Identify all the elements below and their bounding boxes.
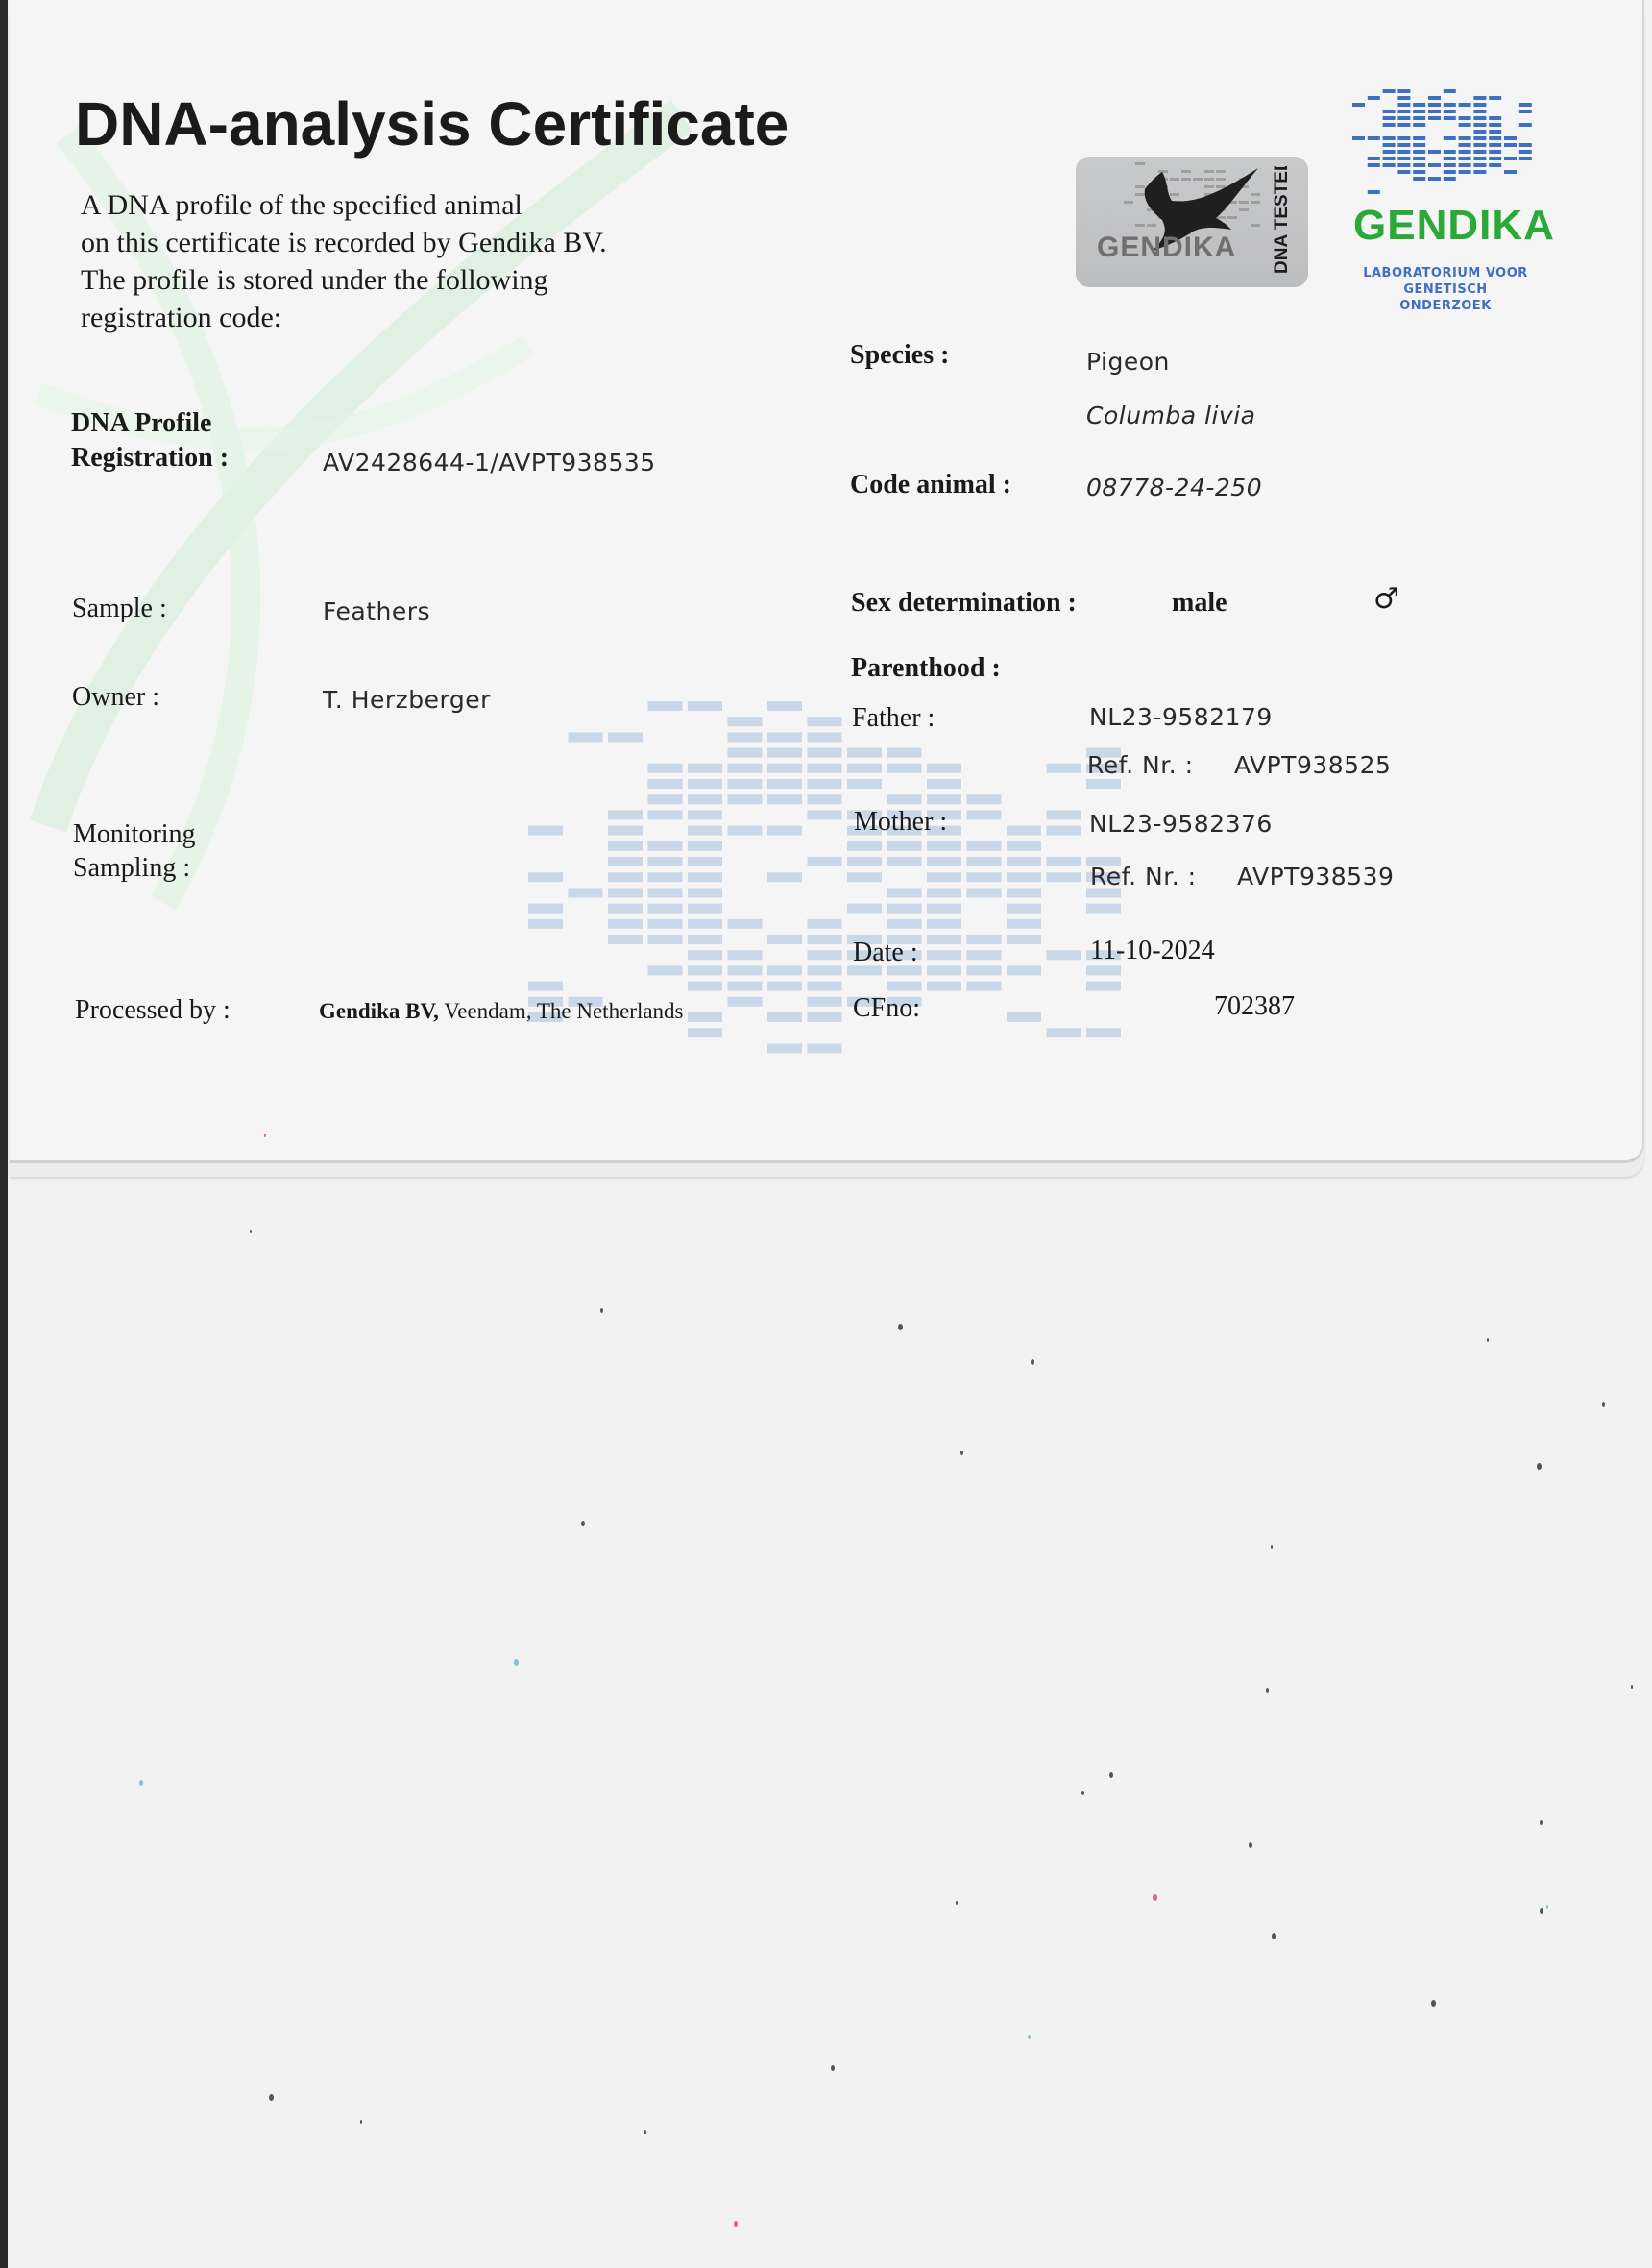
sex-value: male xyxy=(1172,588,1227,619)
scan-edge xyxy=(0,0,8,2268)
mother-ref-label: Ref. Nr. : xyxy=(1090,863,1197,890)
intro-line: A DNA profile of the specified animal xyxy=(81,186,753,224)
logo-tagline: LABORATORIUM VOOR GENETISCH ONDERZOEK xyxy=(1356,265,1535,314)
speck xyxy=(898,1324,903,1330)
cfno-value: 702387 xyxy=(1214,991,1295,1022)
speck xyxy=(1546,1905,1548,1909)
speck xyxy=(960,1451,963,1455)
tagline-line: LABORATORIUM VOOR xyxy=(1356,265,1535,281)
sample-value: Feathers xyxy=(323,597,430,625)
speck xyxy=(1266,1688,1269,1693)
mother-value: NL23-9582376 xyxy=(1089,810,1273,838)
father-ref-label: Ref. Nr. : xyxy=(1087,751,1194,779)
dna-tested-badge: GENDIKA DNA TESTED xyxy=(1076,157,1308,287)
speck xyxy=(644,2130,646,2134)
speck xyxy=(269,2094,274,2101)
tagline-line: GENETISCH ONDERZOEK xyxy=(1356,281,1535,314)
code-animal-value: 08778-24-250 xyxy=(1086,474,1262,501)
father-value: NL23-9582179 xyxy=(1089,703,1273,731)
sample-label: Sample : xyxy=(72,594,167,624)
registration-value: AV2428644-1/AVPT938535 xyxy=(323,449,656,476)
speck xyxy=(581,1521,585,1526)
date-label: Date : xyxy=(853,938,918,968)
speck xyxy=(1540,1820,1543,1825)
intro-text: A DNA profile of the specified animal on… xyxy=(81,186,753,336)
speck xyxy=(514,1659,519,1666)
speck xyxy=(1631,1685,1633,1689)
code-animal-label: Code animal : xyxy=(850,470,1011,500)
speck xyxy=(1153,1894,1157,1901)
speck xyxy=(139,1780,143,1786)
monitoring-label: Monitoring xyxy=(73,819,196,850)
intro-line: on this certificate is recorded by Gendi… xyxy=(81,224,753,261)
speck xyxy=(1272,1933,1276,1939)
intro-line: The profile is stored under the followin… xyxy=(81,261,753,299)
speck xyxy=(1602,1402,1605,1407)
registration-label: Registration : xyxy=(71,443,229,474)
page-title: DNA-analysis Certificate xyxy=(75,88,789,159)
logo-brand: GENDIKA xyxy=(1353,202,1555,250)
speck xyxy=(1028,2035,1031,2039)
speck xyxy=(1249,1842,1252,1848)
speck xyxy=(1487,1338,1489,1342)
mother-ref-value: AVPT938539 xyxy=(1237,863,1394,890)
male-symbol-icon: ♂ xyxy=(1373,582,1399,616)
speck xyxy=(1081,1791,1084,1795)
sampling-label: Sampling : xyxy=(73,853,190,884)
species-latin-value: Columba livia xyxy=(1086,402,1255,429)
speck xyxy=(250,1230,252,1233)
speck xyxy=(1431,2000,1436,2007)
badge-brand: GENDIKA xyxy=(1097,232,1236,264)
date-value: 11-10-2024 xyxy=(1090,936,1215,966)
speck xyxy=(360,2120,362,2124)
speck xyxy=(264,1134,266,1137)
svg-text:DNA TESTED: DNA TESTED xyxy=(1272,166,1292,274)
processed-by-value: Gendika BV, Veendam, The Netherlands xyxy=(319,999,684,1024)
parenthood-label: Parenthood : xyxy=(851,653,1001,684)
speck xyxy=(1537,1463,1542,1470)
owner-value: T. Herzberger xyxy=(323,686,491,714)
processed-by-location: Veendam, The Netherlands xyxy=(439,999,684,1023)
dna-profile-label: DNA Profile xyxy=(71,408,211,439)
mother-label: Mother : xyxy=(854,807,947,838)
species-common-value: Pigeon xyxy=(1086,348,1170,376)
cfno-label: CFno: xyxy=(853,993,920,1024)
speck xyxy=(1271,1545,1273,1549)
speck xyxy=(831,2065,835,2071)
owner-label: Owner : xyxy=(72,682,159,713)
certificate-card: DNA-analysis Certificate A DNA profile o… xyxy=(10,0,1644,1163)
species-label: Species : xyxy=(850,340,949,371)
father-label: Father : xyxy=(852,703,935,734)
badge-vertical-text: DNA TESTED xyxy=(1266,166,1295,280)
speck xyxy=(734,2221,738,2227)
gendika-logo-icon xyxy=(1352,89,1535,197)
processed-by-label: Processed by : xyxy=(75,995,231,1026)
speck xyxy=(600,1308,603,1313)
speck xyxy=(956,1901,958,1905)
processed-by-company: Gendika BV, xyxy=(319,999,439,1023)
speck xyxy=(1109,1772,1113,1778)
sex-determination-label: Sex determination : xyxy=(851,588,1077,619)
speck xyxy=(1031,1359,1034,1365)
speck xyxy=(1540,1908,1543,1914)
intro-line: registration code: xyxy=(81,299,753,336)
father-ref-value: AVPT938525 xyxy=(1234,751,1391,779)
